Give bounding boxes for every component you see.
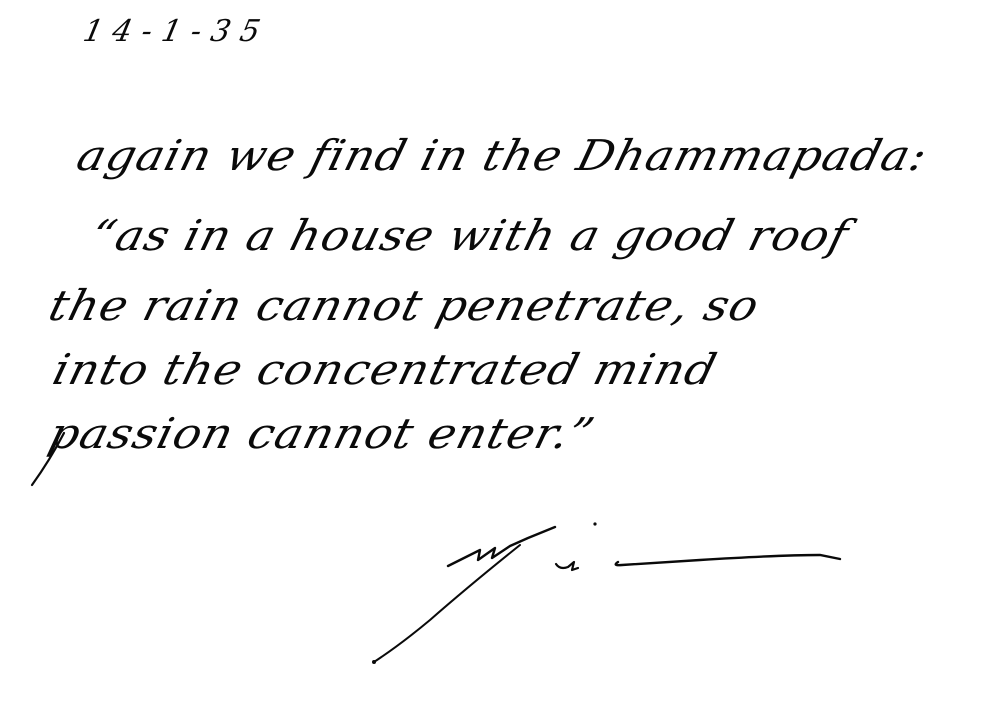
note-line-3: the rain cannot penetrate, so [44,280,765,330]
note-line-5: passion cannot enter.” [44,408,600,458]
note-date: 14-1-35 [80,14,273,49]
signature [360,510,860,680]
handwritten-note-page: 14-1-35 again we find in the Dhammapada:… [0,0,990,719]
note-line-2: “as in a house with a good roof [86,210,854,260]
note-line-4: into the concentrated mind [48,344,722,394]
note-line-1: again we find in the Dhammapada: [72,130,933,180]
